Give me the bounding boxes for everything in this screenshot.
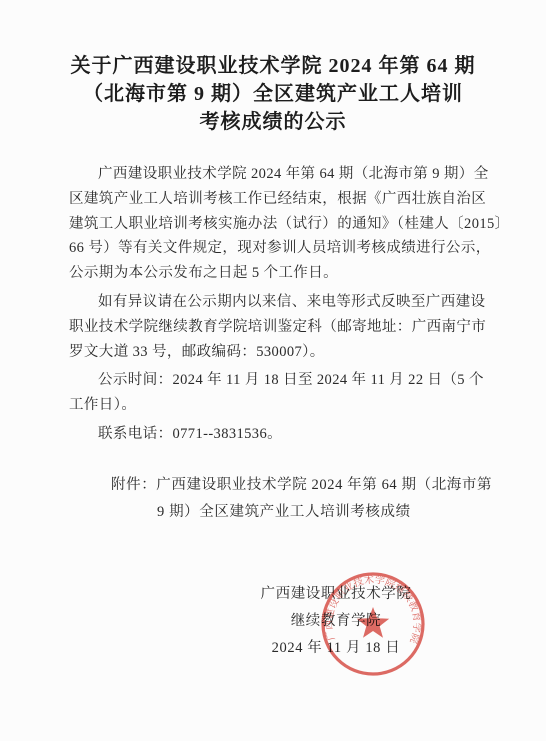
document-title: 关于广西建设职业技术学院 2024 年第 64 期 （北海市第 9 期）全区建筑… (28, 52, 518, 136)
document-page: 关于广西建设职业技术学院 2024 年第 64 期 （北海市第 9 期）全区建筑… (0, 0, 546, 741)
paragraph: 联系电话：0771--3831536。 (69, 422, 481, 447)
signature-org-line2: 继续教育学院 (226, 608, 446, 635)
body-line: 职业技术学院继续教育学院培训鉴定科（邮寄地址：广西南宁市 (69, 315, 481, 340)
body-line: 罗文大道 33 号，邮政编码：530007）。 (69, 340, 481, 365)
body-line: 建筑工人职业培训考核实施办法（试行）的通知》（桂建人〔2015〕 (69, 212, 481, 237)
signature-org-line1: 广西建设职业技术学院 (226, 581, 446, 608)
document-body: 广西建设职业技术学院 2024 年第 64 期（北海市第 9 期）全 区建筑产业… (69, 162, 481, 451)
paragraph: 广西建设职业技术学院 2024 年第 64 期（北海市第 9 期）全 区建筑产业… (69, 162, 481, 286)
title-line: 关于广西建设职业技术学院 2024 年第 64 期 (28, 52, 518, 80)
title-line: （北海市第 9 期）全区建筑产业工人培训 (28, 80, 518, 108)
body-line: 广西建设职业技术学院 2024 年第 64 期（北海市第 9 期）全 (69, 162, 481, 187)
attachment-note: 附件：广西建设职业技术学院 2024 年第 64 期（北海市第 9 期）全区建筑… (69, 472, 509, 526)
body-line: 联系电话：0771--3831536。 (69, 422, 481, 447)
body-line: 工作日）。 (69, 393, 481, 418)
title-line: 考核成绩的公示 (28, 108, 518, 136)
body-line: 区建筑产业工人培训考核工作已经结束，根据《广西壮族自治区 (69, 187, 481, 212)
body-line: 公示期为本公示发布之日起 5 个工作日。 (69, 261, 481, 286)
attachment-line: 附件：广西建设职业技术学院 2024 年第 64 期（北海市第 (69, 472, 509, 499)
attachment-line: 9 期）全区建筑产业工人培训考核成绩 (69, 499, 509, 526)
body-line: 66 号）等有关文件规定，现对参训人员培训考核成绩进行公示， (69, 236, 481, 261)
body-line: 公示时间：2024 年 11 月 18 日至 2024 年 11 月 22 日（… (69, 368, 481, 393)
paragraph: 如有异议请在公示期内以来信、来电等形式反映至广西建设 职业技术学院继续教育学院培… (69, 290, 481, 364)
body-line: 如有异议请在公示期内以来信、来电等形式反映至广西建设 (69, 290, 481, 315)
signature-date: 2024 年 11 月 18 日 (226, 635, 446, 662)
signature-block: 广西建设职业技术学院 继续教育学院 2024 年 11 月 18 日 (226, 581, 446, 662)
paragraph: 公示时间：2024 年 11 月 18 日至 2024 年 11 月 22 日（… (69, 368, 481, 418)
